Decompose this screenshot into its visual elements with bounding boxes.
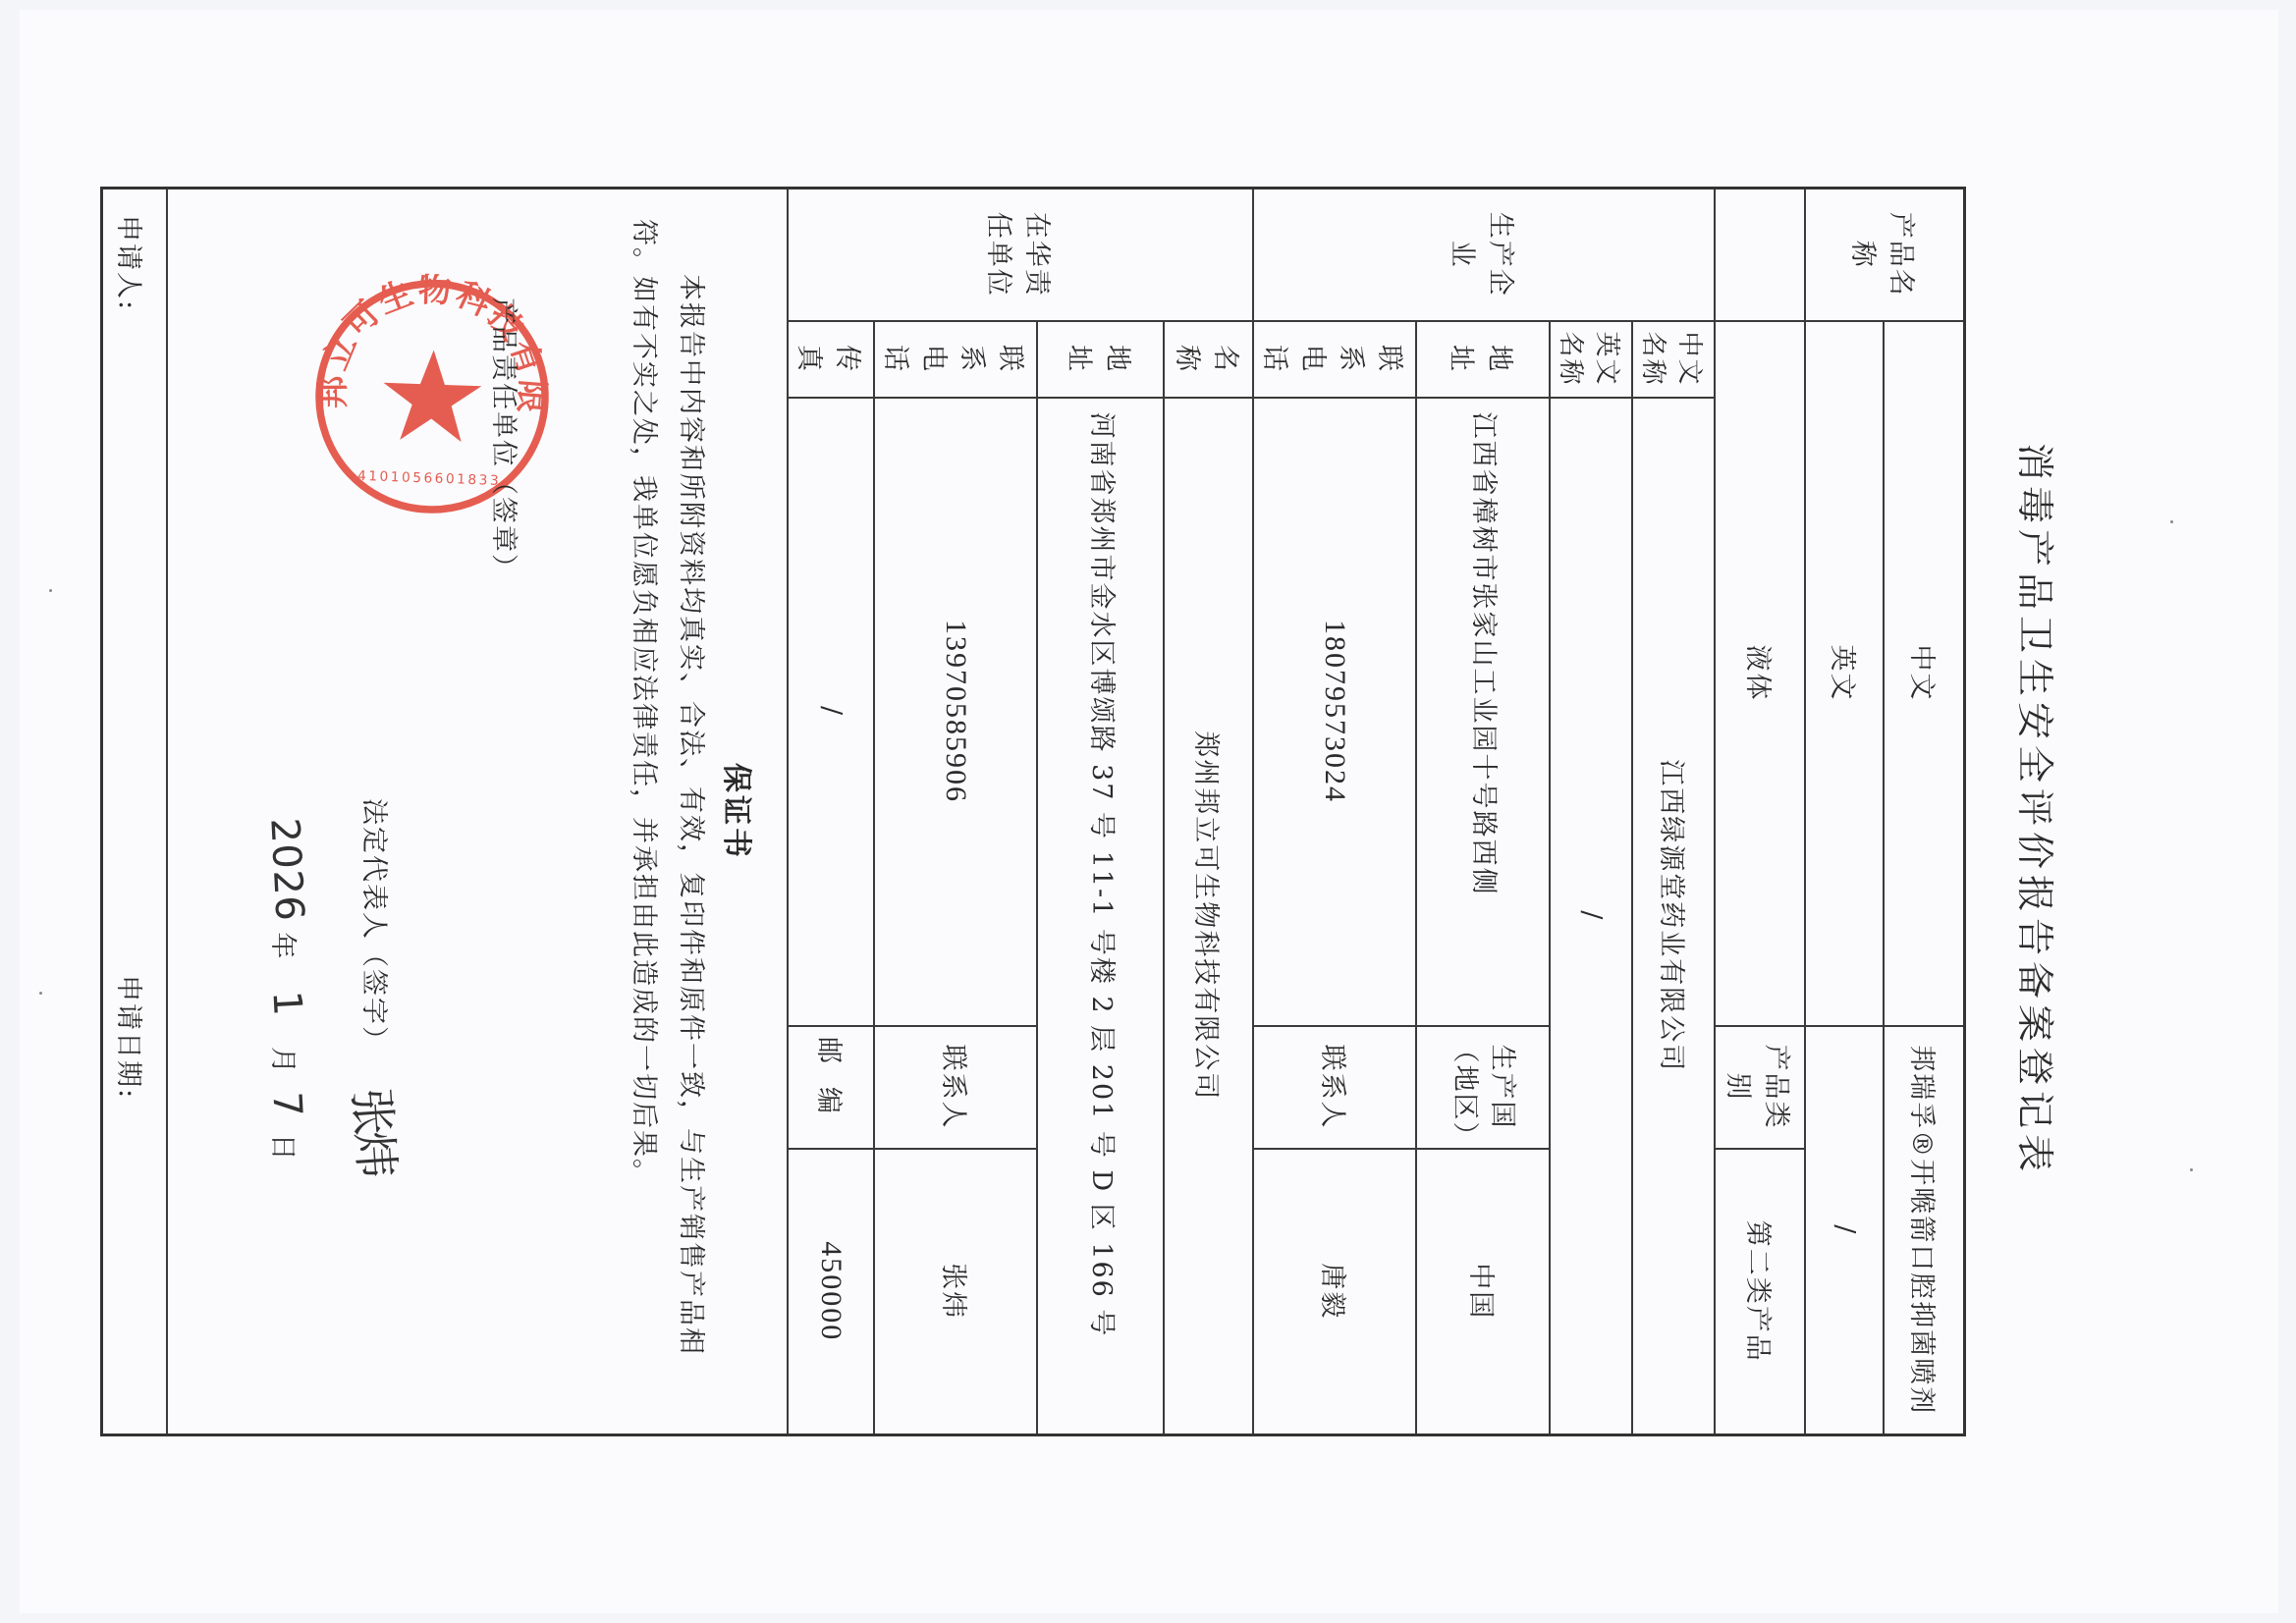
unit-name-label: 名称	[1165, 321, 1254, 398]
guarantee-body: 本报告中内容和所附资料均真实、合法、有效，复印件和原件一致，与生产销售产品相符。…	[621, 219, 715, 1404]
legal-rep-signature: 张炜	[342, 1086, 415, 1177]
date-month-unit: 月	[268, 1047, 299, 1075]
row-unit-name: 在华责任单位 名称 郑州邦立可生物科技有限公司	[1165, 189, 1254, 1435]
mfr-en-name-value: /	[1551, 398, 1633, 1435]
unit-phone-value: 13970585906	[875, 398, 1038, 1026]
product-form-spacer	[1716, 189, 1806, 321]
unit-fax-label: 传真	[789, 321, 875, 398]
unit-address-label: 地址	[1038, 321, 1165, 398]
registration-form-sheet: 消毒产品卫生安全评价报告备案登记表 产品名称 中文 邦瑞孚®开喉箭口腔抑菌喷剂 …	[247, 187, 2074, 1434]
applicant-section: 申请人: 申请日期:	[102, 189, 168, 1435]
mfr-address-value: 江西省樟树市张家山工业园十号路西侧	[1417, 398, 1551, 1026]
product-name-label: 产品名称	[1806, 189, 1965, 321]
row-unit-address: 地址 河南省郑州市金水区博颂路 37 号 11-1 号楼 2 层 201 号 D…	[1038, 189, 1165, 1435]
row-product-cn: 产品名称 中文 邦瑞孚®开喉箭口腔抑菌喷剂	[1885, 189, 1965, 1435]
mfr-country-value: 中国	[1417, 1149, 1551, 1435]
date-day-unit: 日	[268, 1134, 299, 1163]
row-product-en: 英文 /	[1806, 189, 1885, 1435]
product-category-value: 第二类产品	[1716, 1149, 1806, 1435]
registration-table: 产品名称 中文 邦瑞孚®开喉箭口腔抑菌喷剂 英文 / 液体 产品类别 第二类产品…	[101, 187, 1967, 1436]
unit-postcode-value: 450000	[789, 1149, 875, 1435]
scan-speck	[2190, 1168, 2193, 1171]
scan-speck	[2170, 520, 2173, 523]
guarantee-title: 保证书	[719, 189, 762, 1434]
row-guarantee: 保证书 本报告中内容和所附资料均真实、合法、有效，复印件和原件一致，与生产销售产…	[168, 189, 789, 1435]
unit-phone-label: 联系电话	[875, 321, 1038, 398]
product-en-label: 英文	[1806, 321, 1885, 1026]
row-mfr-cn-name: 生产企业 中文名称 江西绿源堂药业有限公司	[1633, 189, 1716, 1435]
row-unit-phone: 联系电话 13970585906 联系人 张炜	[875, 189, 1038, 1435]
row-product-form: 液体 产品类别 第二类产品	[1716, 189, 1806, 1435]
page-title: 消毒产品卫生安全评价报告备案登记表	[1995, 187, 2074, 1434]
product-form-value: 液体	[1716, 321, 1806, 1026]
unit-contact-value: 张炜	[875, 1149, 1038, 1435]
row-unit-fax: 传真 / 邮编 450000	[789, 189, 875, 1435]
seal-code: 4101056601833	[357, 468, 502, 489]
legal-rep-label: 法定代表人（签字）	[358, 798, 397, 1055]
product-cn-value: 邦瑞孚®开喉箭口腔抑菌喷剂	[1885, 1026, 1965, 1435]
date-year: 2026	[262, 817, 312, 923]
row-applicant: 申请人: 申请日期:	[102, 189, 168, 1435]
mfr-contact-value: 唐毅	[1254, 1149, 1417, 1435]
row-mfr-en-name: 英文名称 /	[1551, 189, 1633, 1435]
application-date-label: 申请日期:	[113, 975, 151, 1100]
mfr-cn-name-label: 中文名称	[1633, 321, 1716, 398]
date-year-unit: 年	[268, 932, 299, 960]
row-mfr-phone: 联系电话 18079573024 联系人 唐毅	[1254, 189, 1417, 1435]
scan-speck	[49, 589, 52, 592]
mfr-phone-value: 18079573024	[1254, 398, 1417, 1026]
product-cn-label: 中文	[1885, 321, 1965, 1026]
date-day: 7	[264, 1090, 310, 1118]
mfr-country-label: 生产国（地区）	[1417, 1026, 1551, 1149]
mfr-cn-name-value: 江西绿源堂药业有限公司	[1633, 398, 1716, 1435]
mfr-address-label: 地址	[1417, 321, 1551, 398]
guarantee-section: 保证书 本报告中内容和所附资料均真实、合法、有效，复印件和原件一致，与生产销售产…	[168, 189, 789, 1435]
guarantee-date: 2026 年 1 月 7 日	[265, 818, 310, 1163]
scan-speck	[39, 992, 42, 995]
unit-name-value: 郑州邦立可生物科技有限公司	[1165, 398, 1254, 1435]
unit-contact-label: 联系人	[875, 1026, 1038, 1149]
responsible-unit-label: 在华责任单位	[789, 189, 1254, 321]
seal-unit-label: 产品责任单位（签章）	[488, 298, 526, 582]
mfr-contact-label: 联系人	[1254, 1026, 1417, 1149]
row-mfr-address: 地址 江西省樟树市张家山工业园十号路西侧 生产国（地区） 中国	[1417, 189, 1551, 1435]
mfr-phone-label: 联系电话	[1254, 321, 1417, 398]
applicant-label: 申请人:	[113, 215, 151, 311]
unit-postcode-label: 邮编	[789, 1026, 875, 1149]
mfr-en-name-label: 英文名称	[1551, 321, 1633, 398]
product-category-label: 产品类别	[1716, 1026, 1806, 1149]
manufacturer-label: 生产企业	[1254, 189, 1716, 321]
product-en-value: /	[1806, 1026, 1885, 1435]
unit-address-value: 河南省郑州市金水区博颂路 37 号 11-1 号楼 2 层 201 号 D 区 …	[1038, 398, 1165, 1435]
unit-fax-value: /	[789, 398, 875, 1026]
date-month: 1	[264, 990, 310, 1018]
